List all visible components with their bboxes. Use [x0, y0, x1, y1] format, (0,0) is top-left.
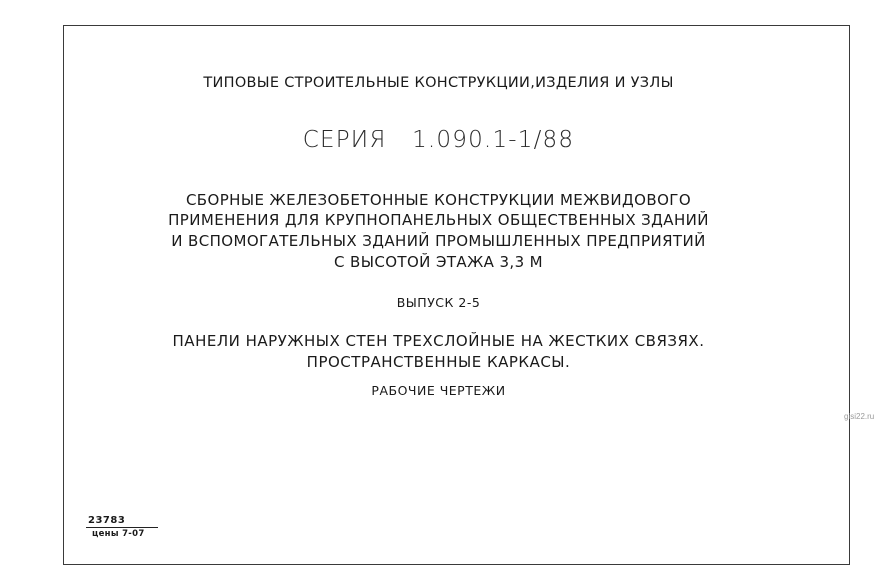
drawing-type: РАБОЧИЕ ЧЕРТЕЖИ — [0, 383, 877, 398]
panels-line: ПРОСТРАНСТВЕННЫЕ КАРКАСЫ. — [0, 353, 877, 371]
description-line: И ВСПОМОГАТЕЛЬНЫХ ЗДАНИЙ ПРОМЫШЛЕННЫХ ПР… — [0, 232, 877, 250]
panels-line: ПАНЕЛИ НАРУЖНЫХ СТЕН ТРЕХСЛОЙНЫЕ НА ЖЕСТ… — [0, 332, 877, 350]
description-line: ПРИМЕНЕНИЯ ДЛЯ КРУПНОПАНЕЛЬНЫХ ОБЩЕСТВЕН… — [0, 211, 877, 229]
stamp-number: 23783 — [88, 515, 125, 526]
collection-header: ТИПОВЫЕ СТРОИТЕЛЬНЫЕ КОНСТРУКЦИИ,ИЗДЕЛИЯ… — [0, 75, 877, 91]
description-line: С ВЫСОТОЙ ЭТАЖА 3,3 М — [0, 253, 877, 271]
description-line: СБОРНЫЕ ЖЕЛЕЗОБЕТОННЫЕ КОНСТРУКЦИИ МЕЖВИ… — [0, 191, 877, 209]
issue-number: ВЫПУСК 2-5 — [0, 295, 877, 310]
series-title: СЕРИЯ 1.090.1-1/88 — [0, 127, 877, 153]
stamp-price: цены 7-07 — [92, 529, 145, 539]
stamp-divider — [86, 527, 158, 528]
watermark: gisi22.ru — [844, 412, 874, 421]
